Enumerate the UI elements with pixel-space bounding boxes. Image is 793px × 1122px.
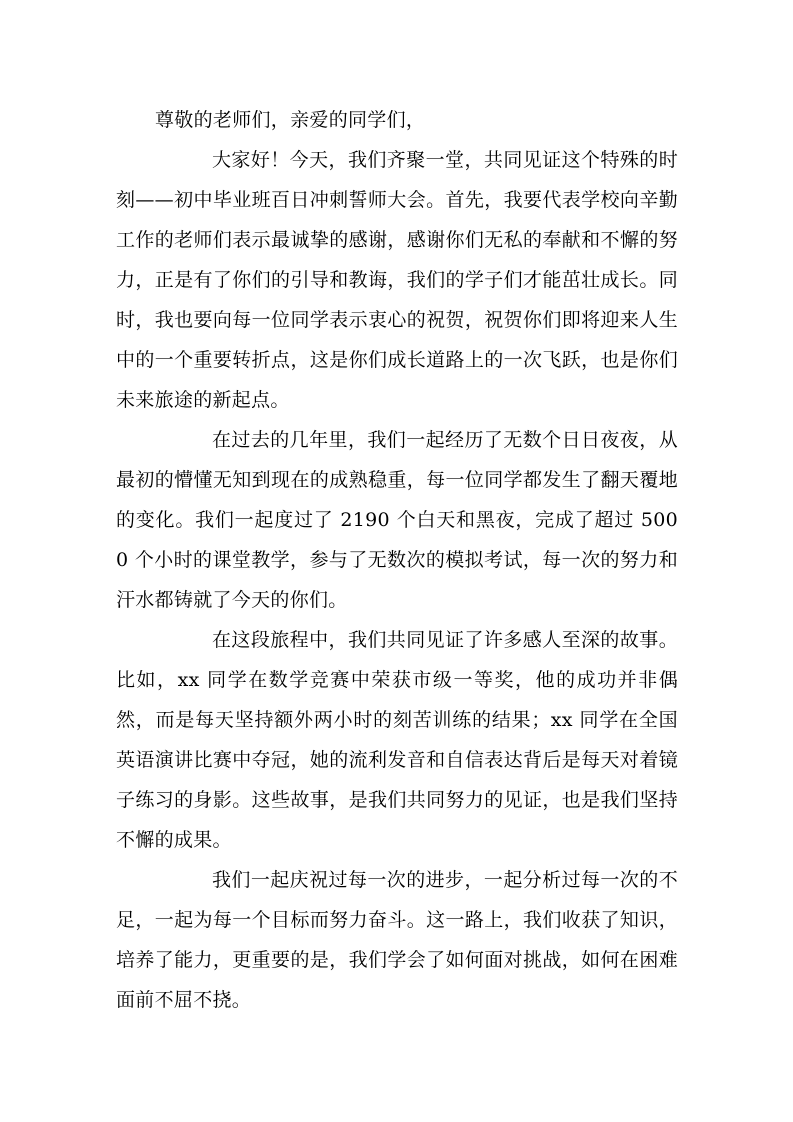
paragraph-past-years: 在过去的几年里，我们一起经历了无数个日日夜夜，从最初的懵懂无知到现在的成熟稳重，…	[116, 420, 678, 620]
document-page: 尊敬的老师们，亲爱的同学们， 大家好！今天，我们齐聚一堂，共同见证这个特殊的时刻…	[116, 100, 678, 1020]
paragraph-opening: 大家好！今天，我们齐聚一堂，共同见证这个特殊的时刻——初中毕业班百日冲刺誓师大会…	[116, 140, 678, 420]
paragraph-progress: 我们一起庆祝过每一次的进步，一起分析过每一次的不足，一起为每一个目标而努力奋斗。…	[116, 860, 678, 1020]
paragraph-stories: 在这段旅程中，我们共同见证了许多感人至深的故事。比如，xx 同学在数学竞赛中荣获…	[116, 620, 678, 860]
salutation: 尊敬的老师们，亲爱的同学们，	[116, 100, 678, 140]
